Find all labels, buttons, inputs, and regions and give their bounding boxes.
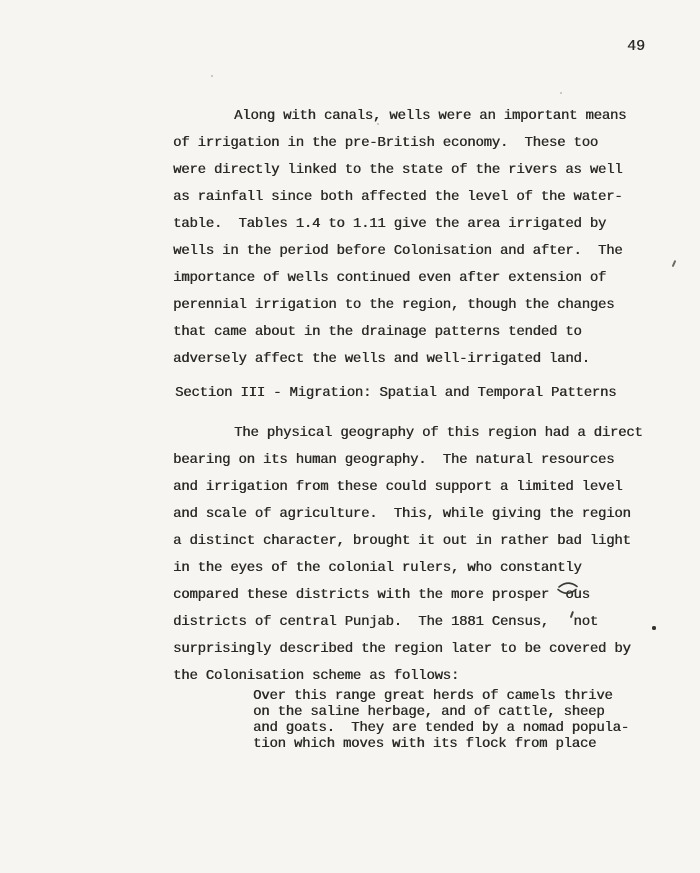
text-line: on the saline herbage, and of cattle, sh… [253, 704, 629, 720]
text-line: and scale of agriculture. This, while gi… [173, 501, 643, 528]
stray-ink-dot [652, 626, 656, 630]
text-line: adversely affect the wells and well-irri… [173, 346, 626, 373]
text-line: as rainfall since both affected the leve… [173, 184, 626, 211]
text-line: the Colonisation scheme as follows: [173, 663, 643, 690]
text-line: were directly linked to the state of the… [173, 157, 626, 184]
text-line: of irrigation in the pre-British economy… [173, 130, 626, 157]
text-line: table. Tables 1.4 to 1.11 give the area … [173, 211, 626, 238]
section-heading-label: Section III [175, 385, 265, 401]
scan-speck [509, 517, 511, 519]
text-line: wells in the period before Colonisation … [173, 238, 626, 265]
stray-ink-tick [672, 260, 676, 267]
document-page: 49 Along with canals, wells were an impo… [0, 0, 700, 873]
page-number: 49 [627, 38, 645, 56]
handwritten-closeup-mark [556, 579, 580, 599]
text-line: and irrigation from these could support … [173, 474, 643, 501]
text-line: tion which moves with its flock from pla… [253, 736, 629, 752]
text-line: and goats. They are tended by a nomad po… [253, 720, 629, 736]
text-line: Along with canals, wells were an importa… [173, 103, 626, 130]
text-line: Over this range great herds of camels th… [253, 688, 629, 704]
text-line: surprisingly described the region later … [173, 636, 643, 663]
text-line: that came about in the drainage patterns… [173, 319, 626, 346]
blockquote-census-extract: Over this range great herds of camels th… [253, 688, 629, 752]
scan-speck [377, 123, 379, 125]
text-line: perennial irrigation to the region, thou… [173, 292, 626, 319]
paragraph-wells: Along with canals, wells were an importa… [173, 103, 626, 373]
section-heading: Section III - Migration: Spatial and Tem… [175, 380, 616, 407]
text-line: in the eyes of the colonial rulers, who … [173, 555, 643, 582]
scan-speck [211, 75, 213, 77]
text-line: importance of wells continued even after… [173, 265, 626, 292]
scan-speck [560, 92, 562, 94]
section-heading-separator: - [265, 385, 290, 401]
text-line: The physical geography of this region ha… [173, 420, 643, 447]
text-line: a distinct character, brought it out in … [173, 528, 643, 555]
paragraph-geography: The physical geography of this region ha… [173, 420, 643, 690]
section-heading-title: Migration: Spatial and Temporal Patterns [289, 385, 616, 401]
text-line: bearing on its human geography. The natu… [173, 447, 643, 474]
